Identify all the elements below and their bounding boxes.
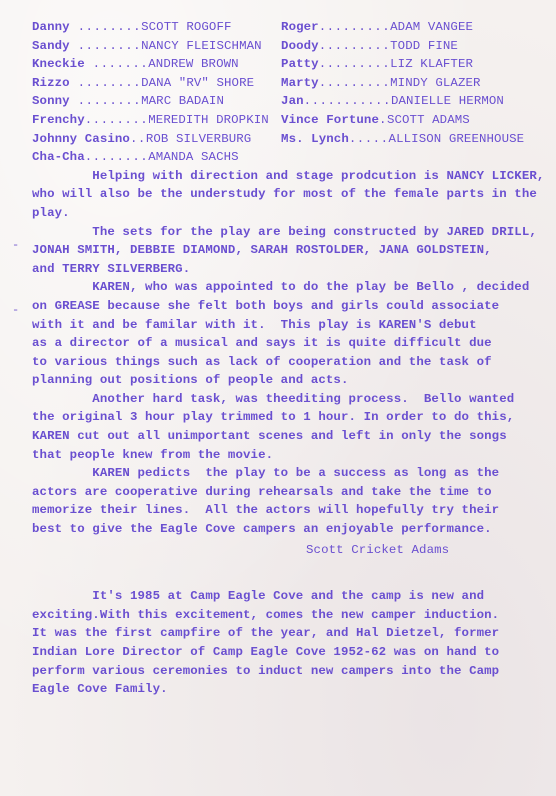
paragraph: KAREN, who was appointed to do the play … [32, 278, 532, 390]
text-line: Indian Lore Director of Camp Eagle Cove … [32, 643, 532, 662]
actor-name: LIZ KLAFTER [390, 57, 473, 71]
text-line: JONAH SMITH, DEBBIE DIAMOND, SARAH ROSTO… [32, 241, 532, 260]
text-line: to various things such as lack of cooper… [32, 353, 532, 372]
leader-dots: ......... [319, 57, 390, 71]
actor-name: MEREDITH DROPKIN [148, 113, 269, 127]
leader-dots: ......... [319, 20, 390, 34]
text-line: exciting.With this excitement, comes the… [32, 606, 532, 625]
text-line: KAREN pedicts the play to be a success a… [32, 464, 532, 483]
actor-name: ALLISON GREENHOUSE [389, 132, 525, 146]
role-name: Patty [281, 57, 319, 71]
leader-dots: ........ [70, 76, 141, 90]
leader-dots: ........ [85, 150, 149, 164]
leader-dots: ......... [319, 39, 390, 53]
cast-entry: Frenchy........MEREDITH DROPKIN [32, 111, 281, 130]
actor-name: MINDY GLAZER [390, 76, 480, 90]
text-line: memorize their lines. All the actors wil… [32, 501, 532, 520]
actor-name: SCOTT ADAMS [387, 113, 470, 127]
text-line: KAREN cut out all unimportant scenes and… [32, 427, 532, 446]
cast-entry: Kneckie .......ANDREW BROWN [32, 55, 281, 74]
text-line: who will also be the understudy for most… [32, 185, 532, 204]
cast-column-right: Roger.........ADAM VANGEEDoody.........T… [281, 18, 532, 167]
role-name: Sandy [32, 39, 70, 53]
text-line: Another hard task, was theediting proces… [32, 390, 532, 409]
role-name: Rizzo [32, 76, 70, 90]
leader-dots: ........... [304, 94, 391, 108]
cast-column-left: Danny ........SCOTT ROGOFFSandy ........… [32, 18, 281, 167]
actor-name: NANCY FLEISCHMAN [141, 39, 262, 53]
text-line: that people knew from the movie. [32, 446, 532, 465]
paragraph: KAREN pedicts the play to be a success a… [32, 464, 532, 538]
article-camper-induction: It's 1985 at Camp Eagle Cove and the cam… [32, 587, 532, 699]
paragraph: Another hard task, was theediting proces… [32, 390, 532, 464]
actor-name: DANA "RV" SHORE [141, 76, 254, 90]
role-name: Roger [281, 20, 319, 34]
text-line: on GREASE because she felt both boys and… [32, 297, 532, 316]
text-line: It was the first campfire of the year, a… [32, 624, 532, 643]
leader-dots: ........ [70, 94, 141, 108]
leader-dots: . [379, 113, 387, 127]
paragraph: It's 1985 at Camp Eagle Cove and the cam… [32, 587, 532, 699]
actor-name: DANIELLE HERMON [391, 94, 504, 108]
cast-entry: Patty.........LIZ KLAFTER [281, 55, 532, 74]
role-name: Frenchy [32, 113, 85, 127]
role-name: Cha-Cha [32, 150, 85, 164]
role-name: Danny [32, 20, 70, 34]
actor-name: SCOTT ROGOFF [141, 20, 231, 34]
role-name: Marty [281, 76, 319, 90]
role-name: Doody [281, 39, 319, 53]
byline: Scott Cricket Adams [306, 541, 532, 560]
margin-mark: - [12, 238, 19, 252]
actor-name: ANDREW BROWN [148, 57, 238, 71]
text-line: as a director of a musical and says it i… [32, 334, 532, 353]
cast-entry: Vince Fortune.SCOTT ADAMS [281, 111, 532, 130]
cast-entry: Marty.........MINDY GLAZER [281, 74, 532, 93]
leader-dots: ........ [70, 20, 141, 34]
text-line: the original 3 hour play trimmed to 1 ho… [32, 408, 532, 427]
document-body: Danny ........SCOTT ROGOFFSandy ........… [32, 18, 532, 699]
cast-entry: Jan...........DANIELLE HERMON [281, 92, 532, 111]
cast-entry: Rizzo ........DANA "RV" SHORE [32, 74, 281, 93]
leader-dots: ........ [70, 39, 141, 53]
text-line: Helping with direction and stage prodcut… [32, 167, 532, 186]
role-name: Sonny [32, 94, 70, 108]
cast-entry: Cha-Cha........AMANDA SACHS [32, 148, 281, 167]
paragraph: Helping with direction and stage prodcut… [32, 167, 532, 223]
text-line: The sets for the play are being construc… [32, 223, 532, 242]
article-grease-production: Helping with direction and stage prodcut… [32, 167, 532, 539]
leader-dots: ....... [85, 57, 149, 71]
role-name: Ms. Lynch [281, 132, 349, 146]
text-line: Eagle Cove Family. [32, 680, 532, 699]
leader-dots: ........ [85, 113, 149, 127]
cast-entry: Sandy ........NANCY FLEISCHMAN [32, 37, 281, 56]
actor-name: ROB SILVERBURG [146, 132, 252, 146]
cast-list: Danny ........SCOTT ROGOFFSandy ........… [32, 18, 532, 167]
actor-name: MARC BADAIN [141, 94, 224, 108]
cast-entry: Roger.........ADAM VANGEE [281, 18, 532, 37]
cast-entry: Doody.........TODD FINE [281, 37, 532, 56]
cast-entry: Ms. Lynch.....ALLISON GREENHOUSE [281, 130, 532, 149]
text-line: play. [32, 204, 532, 223]
text-line: best to give the Eagle Cove campers an e… [32, 520, 532, 539]
text-line: with it and be familar with it. This pla… [32, 316, 532, 335]
cast-entry: Danny ........SCOTT ROGOFF [32, 18, 281, 37]
leader-dots: ..... [349, 132, 389, 146]
text-line: and TERRY SILVERBERG. [32, 260, 532, 279]
text-line: actors are cooperative during rehearsals… [32, 483, 532, 502]
text-line: KAREN, who was appointed to do the play … [32, 278, 532, 297]
actor-name: ADAM VANGEE [390, 20, 473, 34]
paragraph: The sets for the play are being construc… [32, 223, 532, 279]
leader-dots: .. [130, 132, 146, 146]
actor-name: AMANDA SACHS [148, 150, 238, 164]
cast-entry: Johnny Casino..ROB SILVERBURG [32, 130, 281, 149]
cast-entry: Sonny ........MARC BADAIN [32, 92, 281, 111]
role-name: Johnny Casino [32, 132, 130, 146]
role-name: Vince Fortune [281, 113, 379, 127]
actor-name: TODD FINE [390, 39, 458, 53]
text-line: perform various ceremonies to induct new… [32, 662, 532, 681]
leader-dots: ......... [319, 76, 390, 90]
margin-mark: - [12, 303, 19, 317]
role-name: Jan [281, 94, 304, 108]
text-line: It's 1985 at Camp Eagle Cove and the cam… [32, 587, 532, 606]
text-line: planning out positions of people and act… [32, 371, 532, 390]
role-name: Kneckie [32, 57, 85, 71]
